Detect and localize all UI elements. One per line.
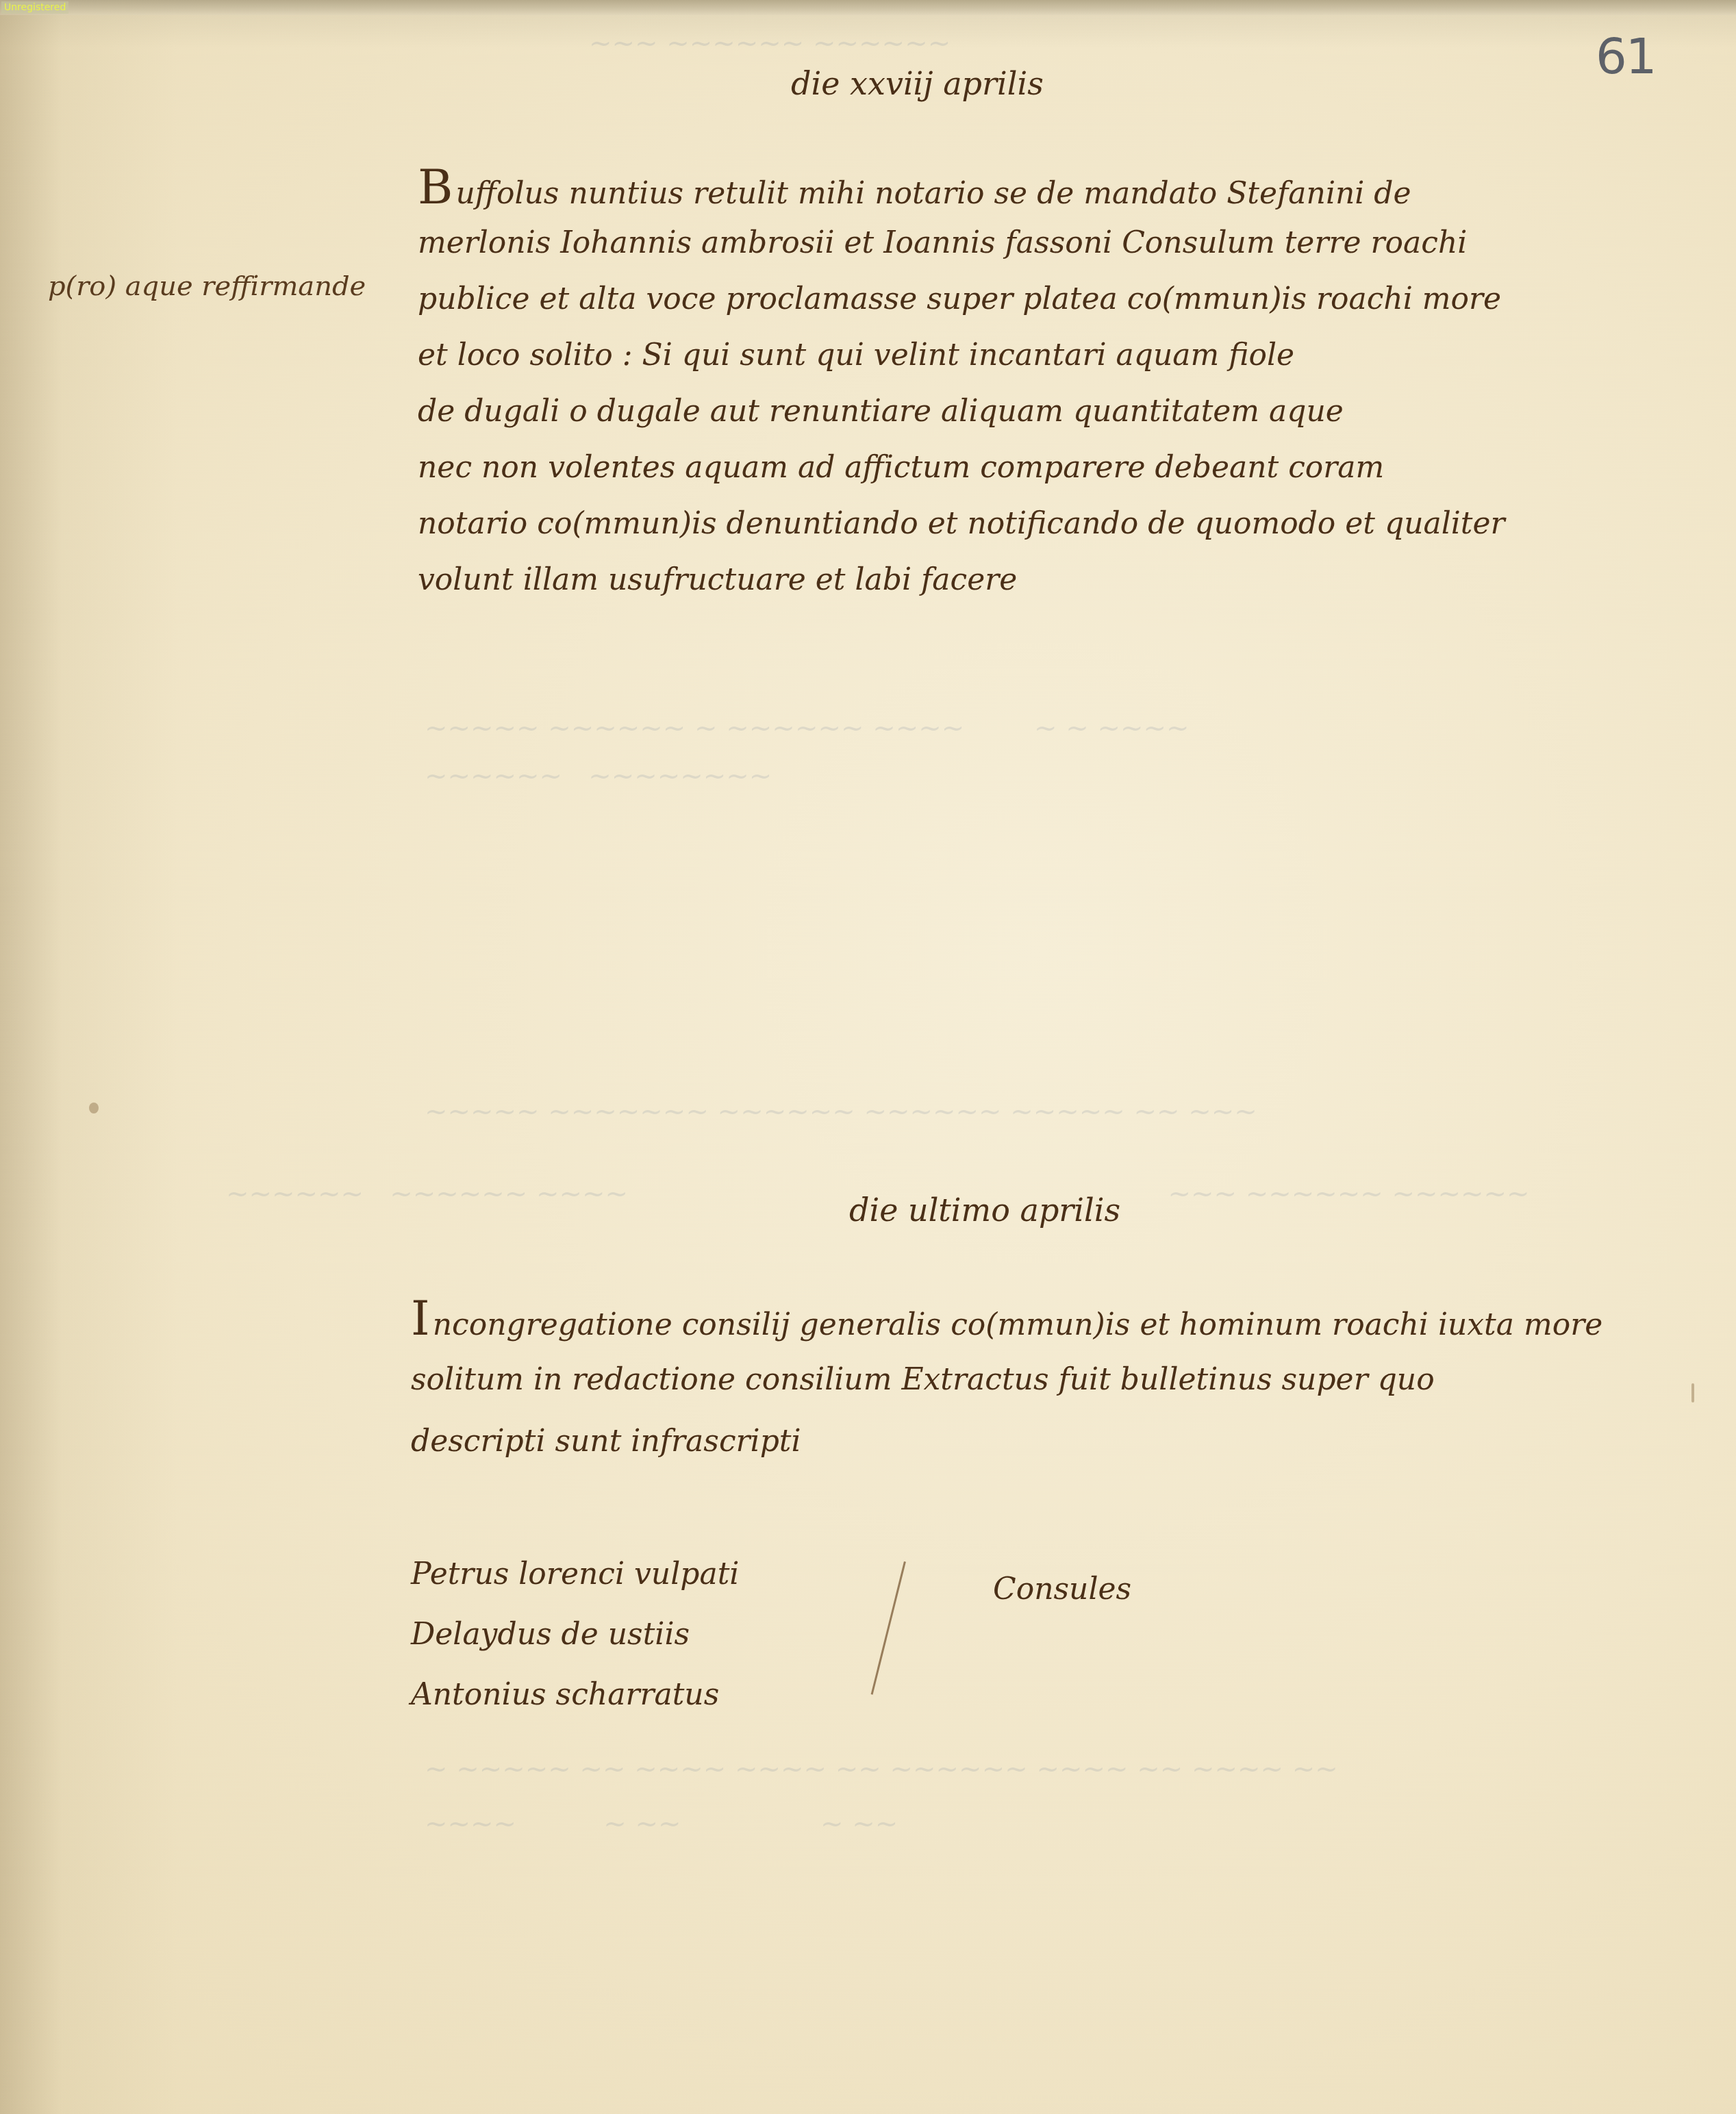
entry-1-line-4: et loco solito : Si qui sunt qui velint … bbox=[418, 327, 1505, 383]
entry-1-line-8: volunt illam usufructuare et labi facere bbox=[418, 552, 1505, 608]
bleed-through-text: ~~~~~ ~~~~~~ ~ ~~~~~~ ~~~~ ~ ~ ~~~~ bbox=[425, 712, 1189, 744]
entry-1-date-heading: die xxviij aprilis bbox=[791, 65, 1044, 102]
entry-1-line-5: de dugali o dugale aut renuntiare aliqua… bbox=[418, 383, 1505, 440]
signatory-1: Petrus lorenci vulpati bbox=[411, 1544, 739, 1605]
entry-1-line-1: Buffolus nuntius retulit mihi notario se… bbox=[418, 159, 1505, 215]
bleed-through-text: ~~~ ~~~~~~ ~~~~~~ bbox=[589, 27, 951, 59]
bleed-through-text: ~~~~~ ~~~~~~~ ~~~~~~ ~~~~~~ ~~~~~ ~~ ~~~ bbox=[425, 1096, 1257, 1127]
folio-number: 61 bbox=[1596, 27, 1656, 85]
entry-2-line-2: solitum in redactione consilium Extractu… bbox=[411, 1349, 1602, 1411]
bleed-through-text: ~ ~~~~~ ~~ ~~~~ ~~~~ ~~ ~~~~~~ ~~~~ ~~ ~… bbox=[425, 1753, 1338, 1785]
signatory-3: Antonius scharratus bbox=[411, 1665, 739, 1725]
entry-1-line-7: notario co(mmun)is denuntiando et notifi… bbox=[418, 496, 1505, 552]
ink-mark bbox=[1691, 1383, 1694, 1402]
bleed-through-text: ~~~~ ~ ~~ ~ ~~ bbox=[425, 1808, 898, 1839]
entry-1-line-2: merlonis Iohannis ambrosii et Ioannis fa… bbox=[418, 215, 1505, 271]
entry-2-date-heading: die ultimo aprilis bbox=[849, 1192, 1120, 1229]
entry-2-line-1: Incongregatione consilij generalis co(mm… bbox=[411, 1287, 1602, 1349]
page-top-edge bbox=[0, 0, 1736, 15]
signatories-list: Petrus lorenci vulpati Delaydus de ustii… bbox=[411, 1544, 739, 1725]
signatory-2: Delaydus de ustiis bbox=[411, 1605, 739, 1665]
entry-2-line-3: descripti sunt infrascripti bbox=[411, 1411, 1602, 1472]
paper-stain bbox=[89, 1103, 99, 1113]
entry-2-line-1-text: ncongregatione consilij generalis co(mmu… bbox=[433, 1307, 1603, 1342]
signatories-role-label: Consules bbox=[993, 1572, 1131, 1607]
entry-1-line-3: publice et alta voce proclamasse super p… bbox=[418, 271, 1505, 327]
entry-1-line-6: nec non volentes aquam ad affictum compa… bbox=[418, 440, 1505, 496]
entry-2-initial: I bbox=[411, 1287, 430, 1349]
bleed-through-text: ~~~~~~ ~~~~~~~~ bbox=[425, 760, 772, 792]
entry-1-margin-note: p(ro) aque reffirmande bbox=[48, 270, 366, 302]
entry-1-initial: B bbox=[418, 159, 453, 215]
grouping-stroke bbox=[871, 1561, 906, 1695]
unregistered-watermark: Unregistered bbox=[1, 1, 68, 14]
manuscript-page: Unregistered 61 ~~~ ~~~~~~ ~~~~~~ ~~~~~ … bbox=[0, 0, 1736, 2114]
entry-1-text: Buffolus nuntius retulit mihi notario se… bbox=[418, 159, 1505, 608]
entry-2-text: Incongregatione consilij generalis co(mm… bbox=[411, 1287, 1602, 1472]
entry-1-line-1-text: uffolus nuntius retulit mihi notario se … bbox=[455, 176, 1411, 211]
